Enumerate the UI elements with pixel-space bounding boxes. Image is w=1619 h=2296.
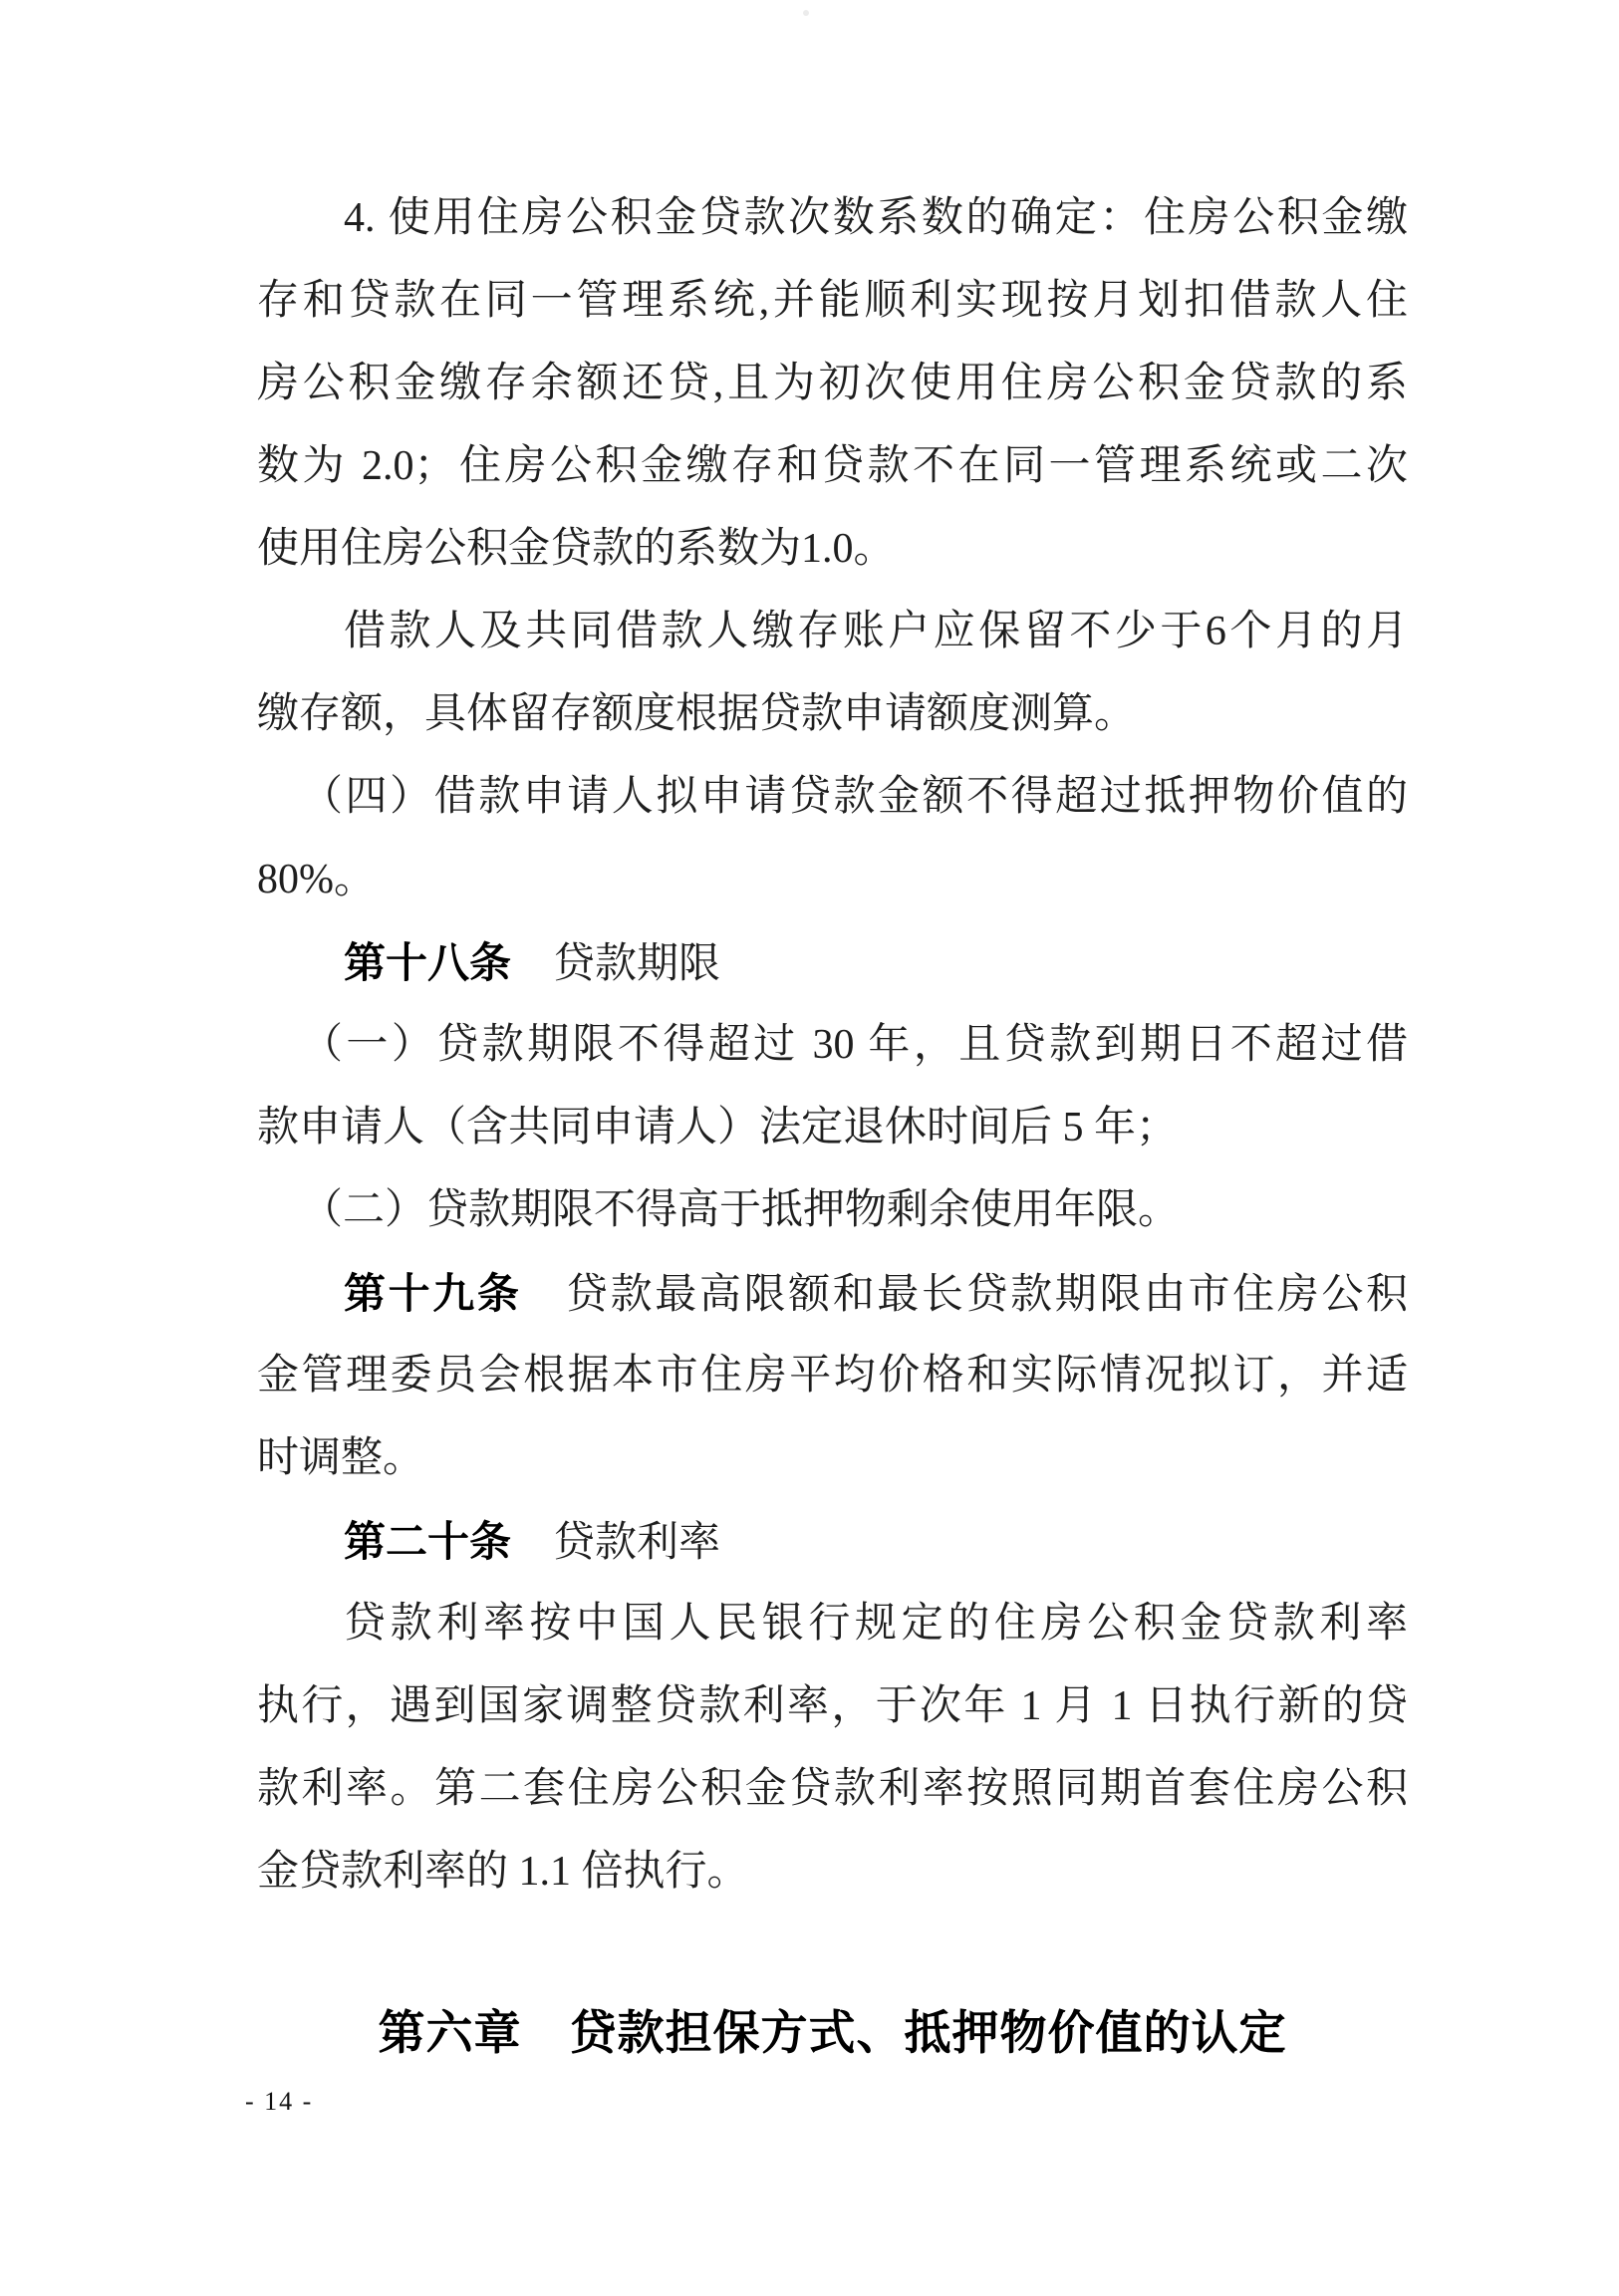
body-line-5: 使用住房公积金贷款的系数为1.0。 xyxy=(257,508,1408,591)
article-18-heading-line: 第十八条 贷款期限 xyxy=(257,921,1408,1004)
article-19-heading-line: 第十九条 贷款最高限额和最长贷款期限由市住房公积 xyxy=(257,1252,1408,1335)
body-line-6: 借款人及共同借款人缴存账户应保留不少于6个月的月 xyxy=(257,591,1408,673)
body-line-20: 款利率。第二套住房公积金贷款利率按照同期首套住房公积 xyxy=(257,1748,1408,1831)
body-line-3: 房公积金缴存余额还贷,且为初次使用住房公积金贷款的系 xyxy=(257,343,1408,425)
body-line-18: 贷款利率按中国人民银行规定的住房公积金贷款利率 xyxy=(257,1583,1408,1665)
list-item-line-2: （二）贷款期限不得高于抵押物剩余使用年限。 xyxy=(257,1169,1408,1252)
document-page: 4. 使用住房公积金贷款次数系数的确定：住房公积金缴 存和贷款在同一管理系统,并… xyxy=(0,0,1619,2296)
body-line-16: 时调整。 xyxy=(257,1417,1408,1500)
chapter-heading: 第六章 贷款担保方式、抵押物价值的认定 xyxy=(257,1997,1408,2069)
body-line-9: 80%。 xyxy=(257,839,1408,921)
body-line-4: 数为 2.0；住房公积金缴存和贷款不在同一管理系统或二次 xyxy=(257,425,1408,508)
page-number: - 14 - xyxy=(245,2086,313,2118)
body-line-19: 执行，遇到国家调整贷款利率，于次年 1 月 1 日执行新的贷 xyxy=(257,1665,1408,1748)
body-line-1: 4. 使用住房公积金贷款次数系数的确定：住房公积金缴 xyxy=(257,177,1408,260)
body-line-7: 缴存额，具体留存额度根据贷款申请额度测算。 xyxy=(257,673,1408,756)
body-line-21: 金贷款利率的 1.1 倍执行。 xyxy=(257,1831,1408,1913)
article-20-heading-line: 第二十条 贷款利率 xyxy=(257,1500,1408,1583)
body-line-2: 存和贷款在同一管理系统,并能顺利实现按月划扣借款人住 xyxy=(257,260,1408,343)
list-item-line-1: （一）贷款期限不得超过 30 年，且贷款到期日不超过借 xyxy=(257,1004,1408,1087)
scan-artifact-dot xyxy=(803,10,809,16)
list-item-line-4: （四）借款申请人拟申请贷款金额不得超过抵押物价值的 xyxy=(257,756,1408,839)
body-line-15: 金管理委员会根据本市住房平均价格和实际情况拟订，并适 xyxy=(257,1335,1408,1417)
body-line-12: 款申请人（含共同申请人）法定退休时间后 5 年； xyxy=(257,1087,1408,1169)
